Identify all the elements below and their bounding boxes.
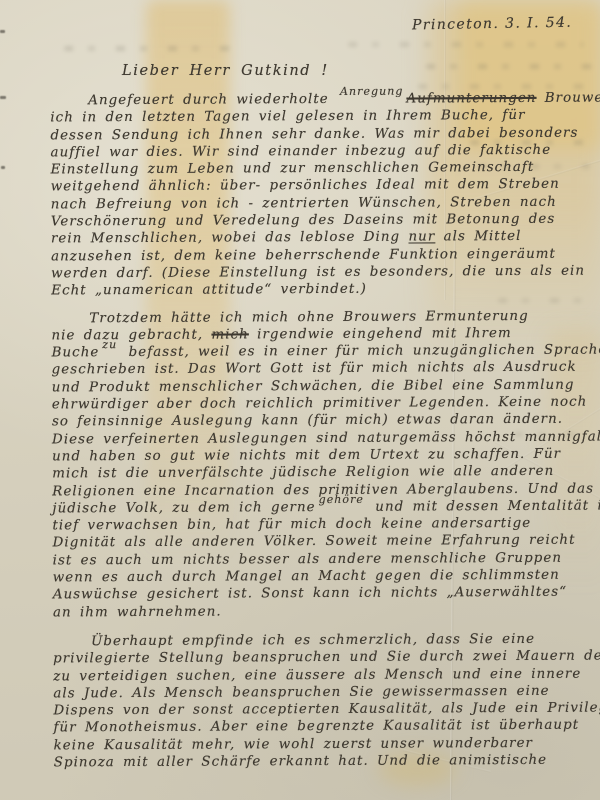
handwritten-line: Auswüchse gesichert ist. Sonst kann ich … — [53, 584, 593, 604]
paragraph-3: Überhaupt empfinde ich es schmerzlich, d… — [53, 630, 594, 771]
ink-bleed-through — [426, 64, 594, 69]
paragraph-2: Trotzdem hätte ich mich ohne Brouwers Er… — [51, 307, 593, 621]
edge-speck — [0, 30, 5, 33]
letter-body: Angefeuert durch wiederholte AnregungAuf… — [50, 90, 594, 782]
handwritten-line: ich in den letzten Tagen viel gelesen in… — [50, 107, 590, 127]
line-text: befasst, weil es in einer für mich unzug… — [120, 343, 600, 361]
line-text: irgendwie eingehend mit Ihrem — [249, 326, 512, 342]
edge-speck — [0, 96, 6, 99]
ink-bleed-through — [418, 84, 594, 89]
handwritten-line: werden darf. (Diese Einstellung ist es b… — [51, 263, 591, 283]
line-text: jüdische Volk, zu dem ich gerne — [52, 500, 315, 516]
paragraph-1: Angefeuert durch wiederholte AnregungAuf… — [50, 90, 591, 300]
line-text: rein Menschlichen, wobei das leblose Din… — [51, 230, 409, 247]
line-text: Brouwers habe — [536, 90, 600, 106]
line-text: Angefeuert durch wiederholte — [88, 92, 337, 108]
line-text: als Mittel — [435, 229, 521, 244]
struck-word: Aufmunterungen — [406, 91, 536, 107]
inserted-word-above: gehöre — [319, 491, 364, 509]
ink-bleed-through — [348, 42, 584, 47]
salutation: Lieber Herr Gutkind ! — [122, 63, 329, 79]
handwritten-line: mich ist die unverfälschte jüdische Reli… — [52, 463, 592, 483]
underlined-word: nur — [408, 230, 435, 245]
struck-word: mich — [211, 327, 248, 342]
line-text: und mit dessen Mentalität ich — [367, 498, 600, 514]
letter-page: Princeton. 3. I. 54. Lieber Herr Gutkind… — [0, 0, 600, 800]
line-text: nie dazu gebracht, — [51, 327, 211, 343]
edge-speck — [1, 166, 5, 169]
inserted-word-above: zu — [102, 336, 117, 353]
ink-bleed-through — [64, 46, 244, 51]
handwritten-line: an ihm wahrnehmen. — [53, 601, 593, 621]
line-text: Buche — [52, 345, 100, 360]
handwritten-line: Echt „unamerican attitude“ verbindet.) — [51, 280, 591, 300]
handwritten-line: Spinoza mit aller Schärfe erkannt hat. U… — [54, 752, 594, 772]
date-line: Princeton. 3. I. 54. — [412, 15, 572, 34]
handwritten-line: privilegierte Stellung beanspruchen und … — [53, 648, 593, 668]
inserted-word-above: Anregung — [340, 83, 404, 101]
